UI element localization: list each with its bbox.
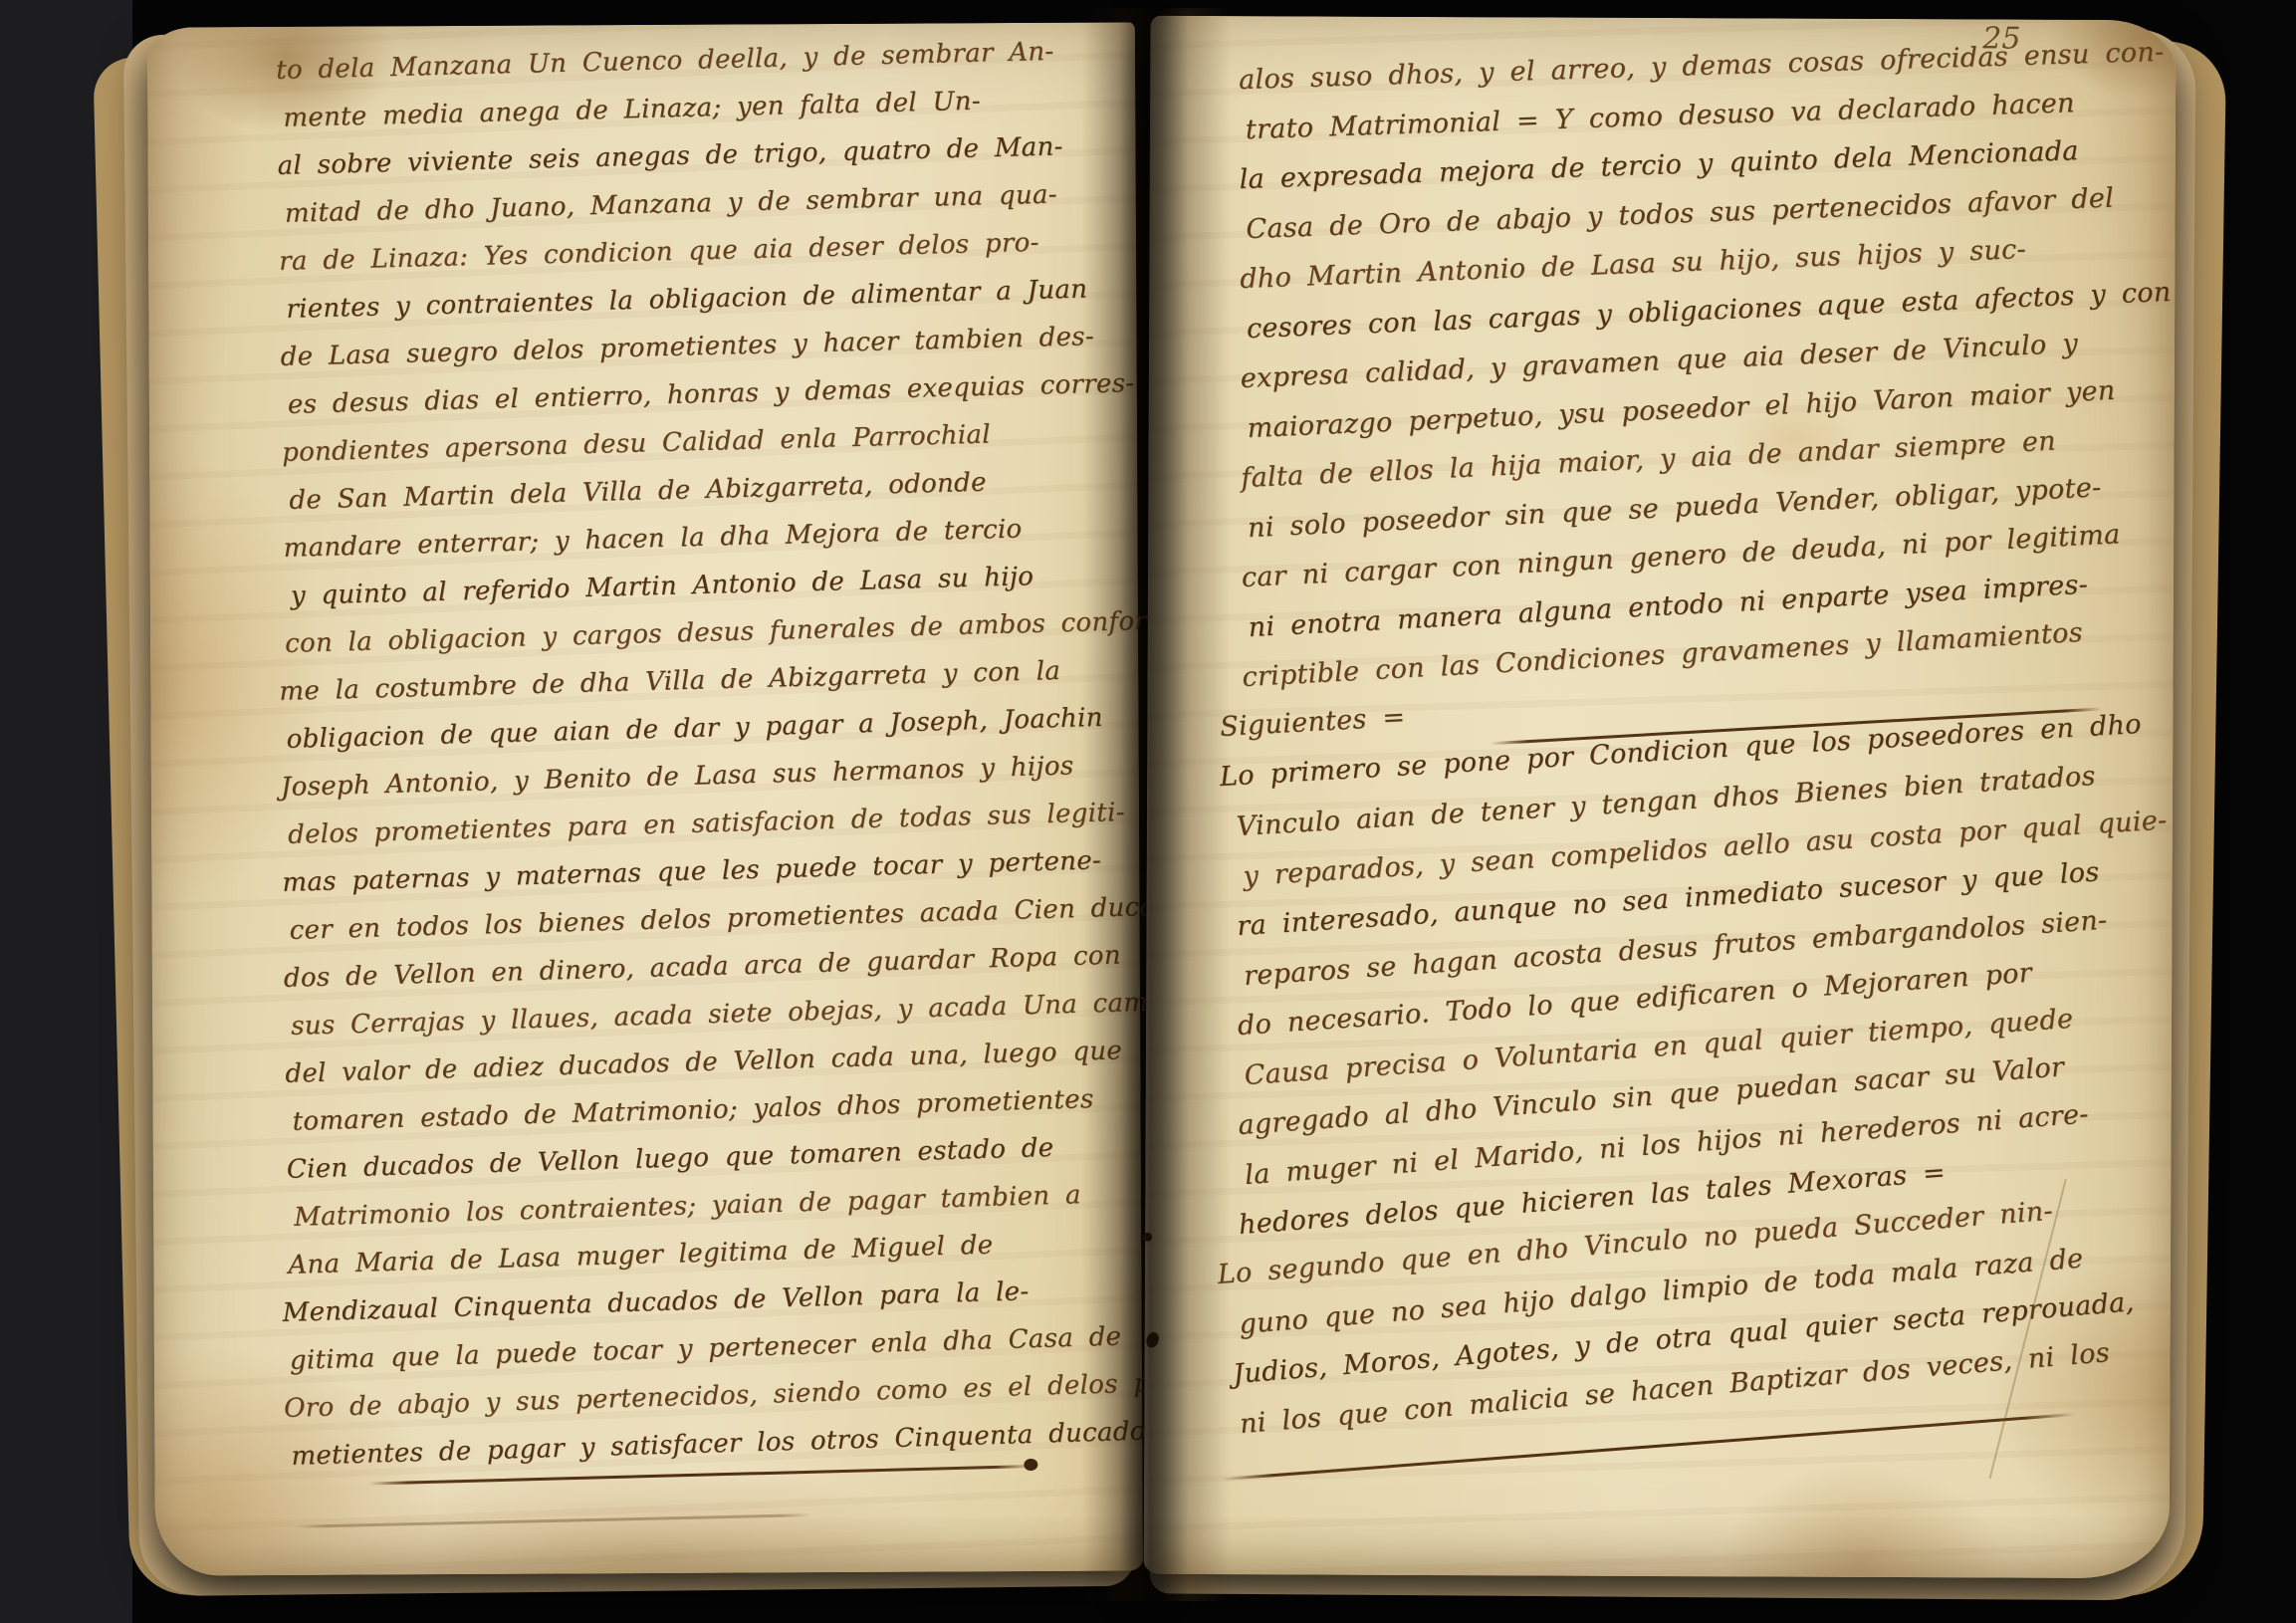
right-page-text: alos suso dhos, y el arreo, y demas cosa… <box>1239 56 2166 1454</box>
ink-rule <box>295 1513 812 1528</box>
ink-blot <box>1144 1330 1161 1349</box>
photo-background: to dela Manzana Un Cuenco deella, y de s… <box>0 0 2296 1623</box>
manuscript-left-page: to dela Manzana Un Cuenco deella, y de s… <box>147 22 1143 1575</box>
manuscript-right-page: 25 alos suso dhos, y el arreo, y demas c… <box>1144 16 2177 1578</box>
ink-blot <box>1143 1233 1152 1242</box>
left-page-text: to dela Manzana Un Cuenco deella, y de s… <box>282 42 1135 1480</box>
